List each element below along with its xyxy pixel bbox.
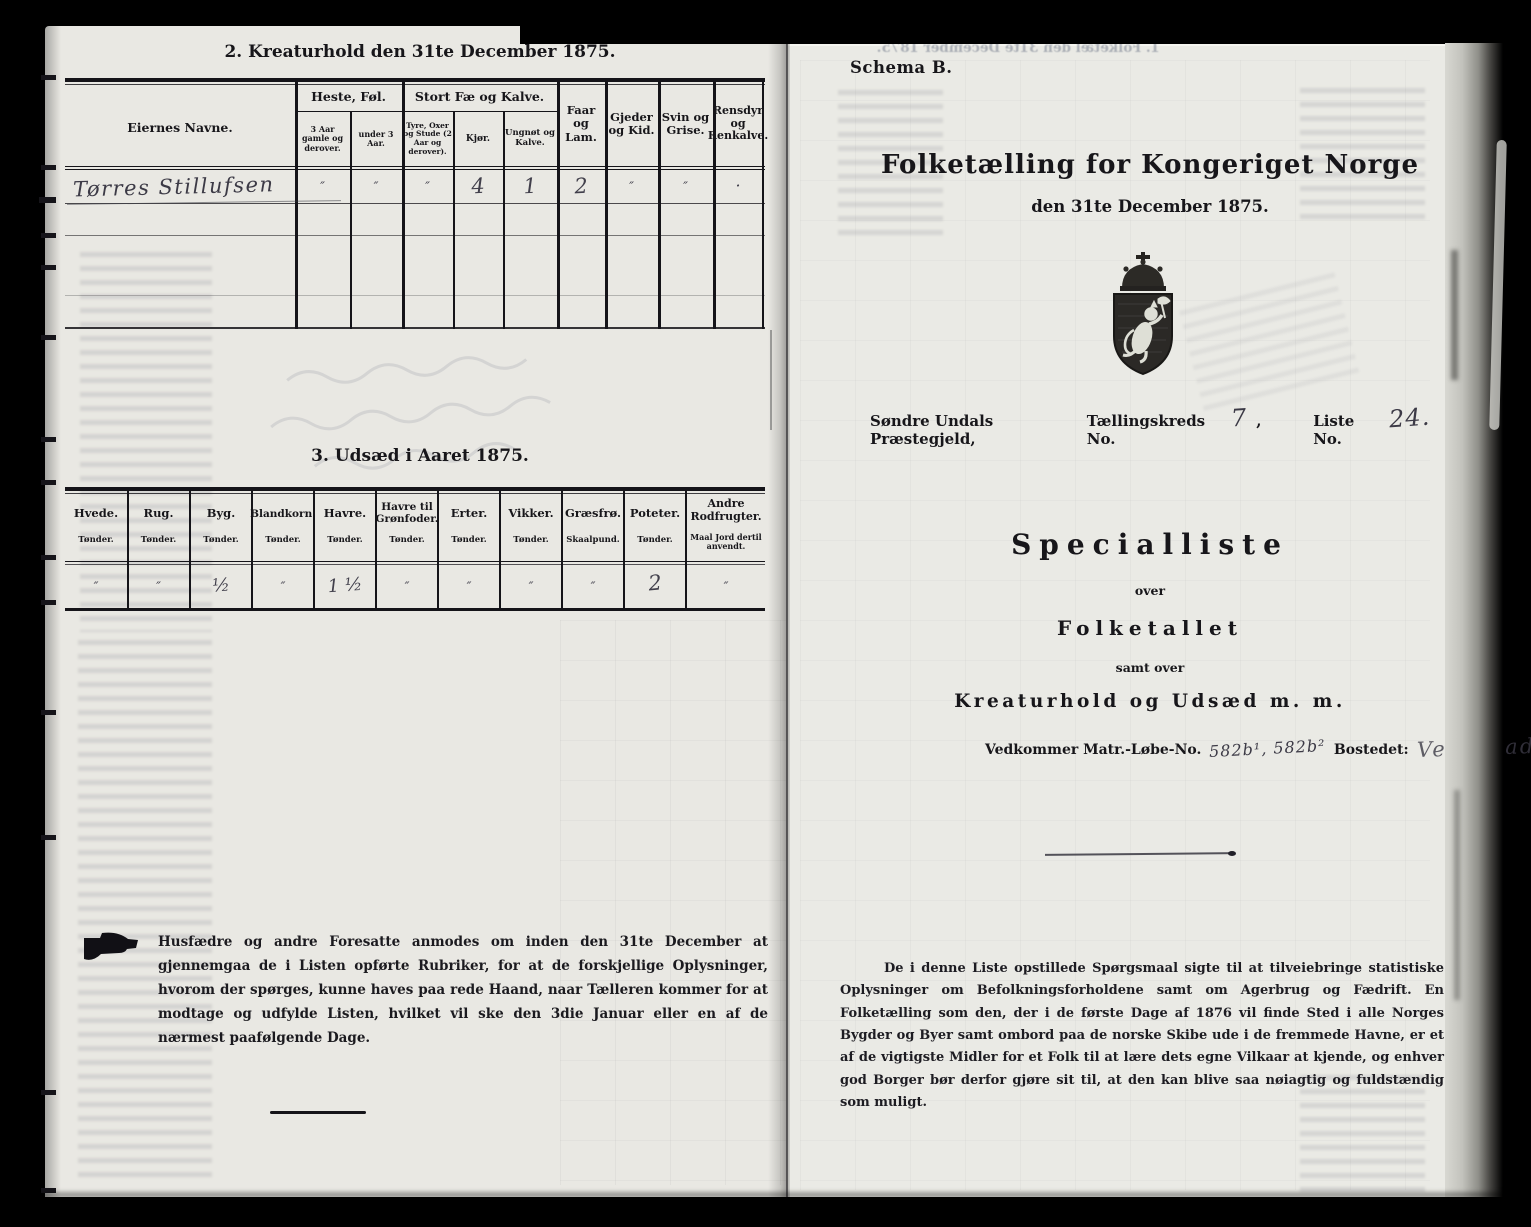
- seed-col-name: Vikker.: [501, 497, 561, 531]
- list-heading-line2: over: [880, 583, 1420, 598]
- subheader-young-cattle: Ungnøt og Kalve.: [504, 114, 556, 164]
- cell-value: ″: [351, 173, 401, 201]
- table-rule: [65, 608, 765, 611]
- liste-label: Liste No.: [1313, 412, 1380, 448]
- list-heading: Specialliste over Folketallet samt over …: [880, 528, 1420, 712]
- page-curl-shadow: [1451, 250, 1458, 380]
- census-district-label: Tællingskreds No.: [1087, 412, 1222, 448]
- seed-table-title: 3. Udsæd i Aaret 1875.: [220, 446, 620, 466]
- edge-mark: [41, 480, 56, 485]
- district-prefix: Søndre Undals Præstegjeld,: [870, 412, 1078, 448]
- cell-value: ″: [501, 569, 561, 605]
- edge-mark: [41, 233, 56, 238]
- cell-value: ″: [687, 569, 765, 605]
- subheader-horses-over3: 3 Aar gamle og derover.: [296, 114, 349, 164]
- subheader-cows: Kjør.: [454, 114, 502, 164]
- cell-value: ″: [65, 569, 127, 605]
- handwritten-flourish-dot: [1228, 851, 1236, 856]
- manicule-icon: [82, 930, 140, 966]
- matr-value-handwritten: 582b¹, 582b²: [1209, 736, 1326, 761]
- edge-mark: [41, 555, 56, 560]
- column-header-sheep: Faar og Lam.: [558, 96, 604, 152]
- column-header-reindeer: Rensdyr og Renkalve.: [714, 92, 762, 156]
- binding-line: [786, 30, 788, 1220]
- column-header-owner: Eiernes Navne.: [65, 98, 295, 158]
- column-header-goats: Gjeder og Kid.: [606, 96, 657, 152]
- census-subtitle: den 31te December 1875.: [860, 197, 1440, 216]
- bleedthrough-grid: [560, 620, 786, 1185]
- cell-value: ″: [606, 173, 657, 201]
- footnote-text: Husfædre og andre Foresatte anmodes om i…: [158, 930, 768, 1050]
- seed-col-name: Græsfrø.: [563, 497, 623, 531]
- seed-col-unit: Tønder.: [377, 533, 437, 549]
- seed-col-name: Rug.: [128, 497, 189, 531]
- table-rule: [65, 487, 765, 491]
- cell-value: 2: [557, 170, 605, 202]
- matr-label: Vedkommer Matr.-Løbe-No.: [985, 742, 1201, 758]
- cell-value: ″: [377, 569, 437, 605]
- list-heading-line4: samt over: [880, 660, 1420, 675]
- seed-col-name: Byg.: [191, 497, 251, 531]
- table-rule: [295, 111, 557, 112]
- cell-value: ″: [403, 173, 452, 201]
- cell-value: ″: [128, 569, 189, 605]
- bleedthrough-text-column: [78, 640, 212, 1185]
- cell-value: 1: [503, 170, 556, 203]
- cell-value: 4: [453, 170, 503, 202]
- page-curl-shadow: [1454, 790, 1460, 1000]
- district-line: Søndre Undals Præstegjeld, Tællingskreds…: [870, 404, 1430, 448]
- seed-col-name: Andre Rodfrugter.: [687, 495, 765, 527]
- seed-col-unit: Skaalpund.: [563, 533, 623, 549]
- cell-value: ″: [253, 569, 313, 605]
- census-district-value-handwritten: 7: [1230, 403, 1248, 432]
- seed-col-unit: Maal Jord dertil anvendt.: [687, 529, 765, 555]
- schema-label: Schema B.: [850, 58, 953, 77]
- livestock-table: Eiernes Navne. Heste, Føl. Stort Fæ og K…: [65, 78, 765, 333]
- table-rule: [65, 561, 765, 562]
- seed-col-name: Poteter.: [625, 497, 685, 531]
- edge-mark: [41, 165, 56, 170]
- property-line: Vedkommer Matr.-Løbe-No. 582b¹, 582b² Bo…: [985, 735, 1445, 759]
- scan-edge-top: [520, 0, 1531, 44]
- subheader-horses-under3: under 3 Aar.: [351, 114, 401, 164]
- cell-value: ″: [296, 173, 349, 201]
- seed-col-name: Havre til Grønfoder.: [377, 493, 437, 533]
- cell-value: ″: [439, 569, 499, 605]
- column-header-pigs: Svin og Grise.: [659, 96, 712, 152]
- cell-value: ·: [714, 171, 762, 199]
- seed-col-unit: Tønder.: [128, 533, 189, 549]
- stray-pen-line: [270, 1111, 366, 1114]
- cell-value: 1 ½: [314, 565, 376, 605]
- column-group-horses: Heste, Føl.: [295, 84, 402, 110]
- list-heading-line3: Folketallet: [880, 616, 1420, 640]
- explanatory-paragraph: De i denne Liste opstillede Spørgsmaal s…: [840, 958, 1444, 1115]
- seed-col-unit: Tønder.: [253, 533, 313, 549]
- list-heading-line5: Kreaturhold og Udsæd m. m.: [880, 691, 1420, 712]
- cell-value: ″: [659, 173, 712, 201]
- district-separator: ,: [1256, 412, 1261, 430]
- edge-mark: [39, 197, 56, 203]
- census-scan: 2. Kreaturhold den 31te December 1875. E…: [0, 0, 1531, 1227]
- scan-edge-bottom: [0, 1197, 1531, 1227]
- seed-col-unit: Tønder.: [625, 533, 685, 549]
- edge-mark: [41, 265, 56, 270]
- cell-value: ″: [563, 569, 623, 605]
- edge-mark: [41, 600, 56, 605]
- livestock-table-title: 2. Kreaturhold den 31te December 1875.: [220, 42, 620, 62]
- seed-col-unit: Tønder.: [439, 533, 499, 549]
- seed-table: Hvede. Tønder. Rug. Tønder. Byg. Tønder.…: [65, 487, 765, 615]
- cell-value: 2: [624, 562, 687, 603]
- bosted-label: Bostedet:: [1334, 742, 1409, 758]
- edge-mark: [41, 710, 56, 715]
- subheader-bulls-oxen: Tyre, Oxer og Stude (2 Aar og derover).: [403, 114, 452, 164]
- coat-of-arms-icon: [1100, 250, 1186, 378]
- edge-mark: [41, 835, 56, 840]
- seed-col-unit: Tønder.: [65, 533, 127, 549]
- edge-mark: [41, 75, 56, 80]
- seed-col-name: Erter.: [439, 497, 499, 531]
- seed-col-unit: Tønder.: [191, 533, 251, 549]
- edge-mark: [41, 437, 56, 442]
- list-heading-line1: Specialliste: [880, 528, 1420, 561]
- liste-value-handwritten: 24.: [1388, 403, 1431, 434]
- seed-col-unit: Tønder.: [501, 533, 561, 549]
- column-group-cattle: Stort Fæ og Kalve.: [402, 84, 557, 110]
- census-title: Folketælling for Kongeriget Norge: [860, 150, 1440, 180]
- cell-value: ½: [190, 565, 252, 605]
- seed-col-name: Havre.: [315, 497, 375, 531]
- edge-mark: [41, 335, 56, 340]
- seed-col-name: Blandkorn.: [253, 497, 313, 531]
- seed-col-name: Hvede.: [65, 497, 127, 531]
- edge-mark: [41, 1090, 56, 1095]
- seed-col-unit: Tønder.: [315, 533, 375, 549]
